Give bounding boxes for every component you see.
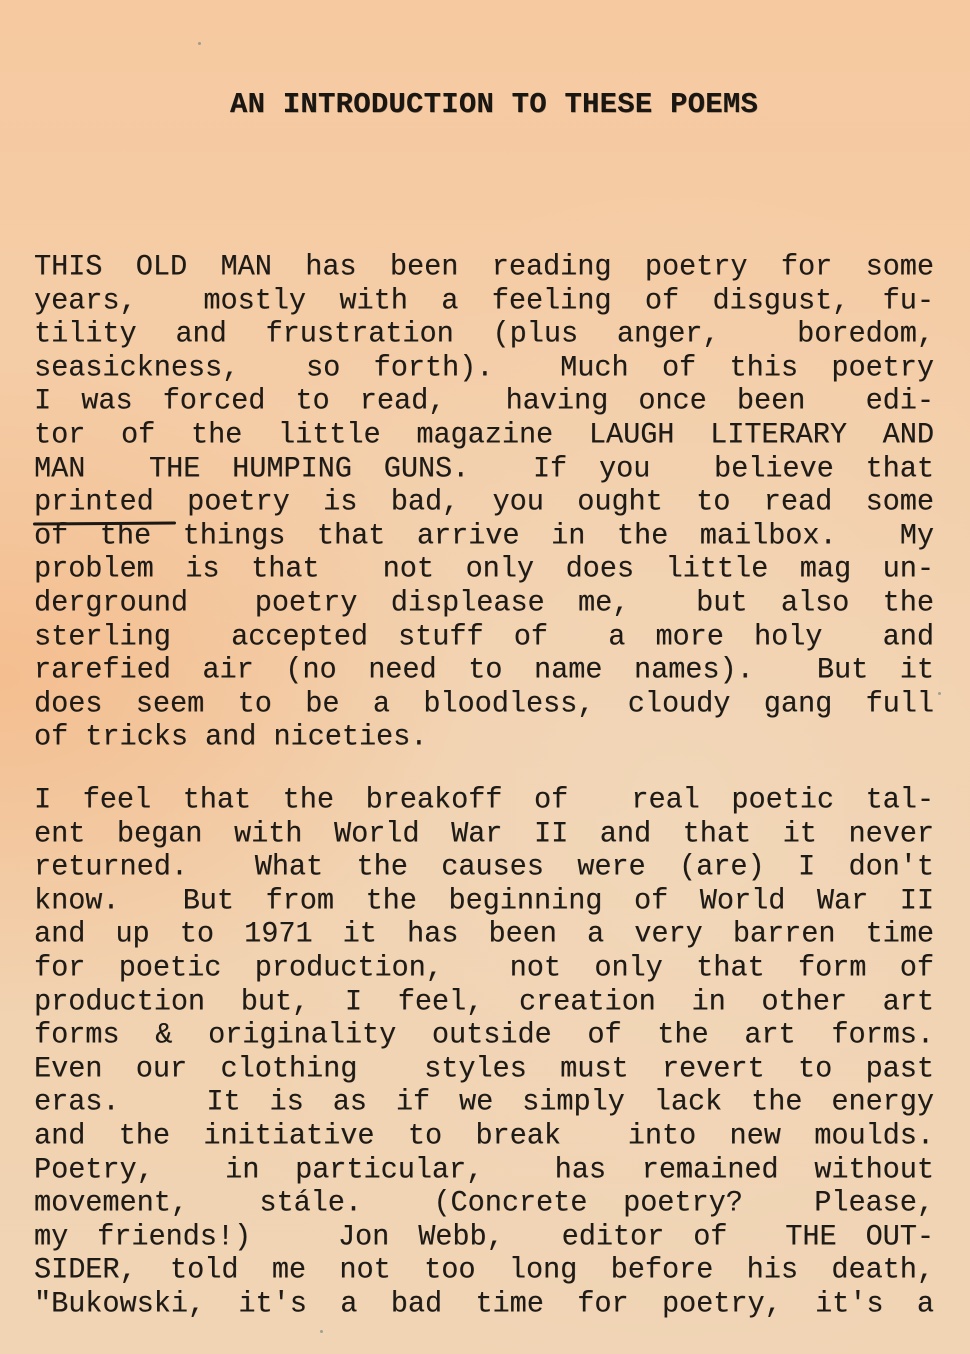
text-line: forms & originality outside of the art f… [34,1017,934,1052]
text-line: sterling accepted stuff of a more holy a… [34,619,934,654]
text-line: tility and frustration (plus anger, bore… [34,317,934,352]
text-line: production but, I feel, creation in othe… [34,984,934,1019]
text-line: tor of the little magazine LAUGH LITERAR… [34,417,934,452]
page-title: AN INTRODUCTION TO THESE POEMS [230,88,840,121]
text-line: returned. What the causes were (are) I d… [34,850,934,885]
text-line: printed poetry is bad, you ought to read… [34,484,934,519]
text-line: of tricks and niceties. [34,720,934,755]
text-line: problem is that not only does little mag… [34,552,934,587]
text-line: for poetic production, not only that for… [34,950,934,985]
text-line: years, mostly with a feeling of disgust,… [34,283,934,318]
text-line: derground poetry displease me, but also … [34,585,934,620]
text-line: eras. It is as if we simply lack the ene… [34,1085,934,1120]
text-line: I feel that the breakoff of real poetic … [34,782,934,817]
text-line: Poetry, in particular, has remained with… [34,1152,934,1187]
text-line: seasickness, so forth). Much of this poe… [34,350,934,385]
text-line: THIS OLD MAN has been reading poetry for… [34,249,934,284]
paragraph-1: THIS OLD MAN has been reading poetry for… [34,250,934,754]
paper-speck [938,692,941,695]
paragraph-2: I feel that the breakoff of real poetic … [34,783,934,1321]
text-line: "Bukowski, it's a bad time for poetry, i… [34,1286,934,1321]
text-line: rarefied air (no need to name names). Bu… [34,652,934,687]
paper-speck [320,1330,323,1333]
text-line: does seem to be a bloodless, cloudy gang… [34,686,934,721]
text-line: and the initiative to break into new mou… [34,1118,934,1153]
text-line: my friends!) Jon Webb, editor of THE OUT… [34,1219,934,1254]
text-line: I was forced to read, having once been e… [34,384,934,419]
text-line: ent began with World War II and that it … [34,816,934,851]
typewritten-page: AN INTRODUCTION TO THESE POEMS THIS OLD … [0,0,970,1354]
text-line: know. But from the beginning of World Wa… [34,883,934,918]
paper-speck [198,42,201,45]
text-line: Even our clothing styles must revert to … [34,1051,934,1086]
text-line: SIDER, told me not too long before his d… [34,1253,934,1288]
text-line: MAN THE HUMPING GUNS. If you believe tha… [34,451,934,486]
text-line: movement, stále. (Concrete poetry? Pleas… [34,1185,934,1220]
text-line: and up to 1971 it has been a very barren… [34,917,934,952]
